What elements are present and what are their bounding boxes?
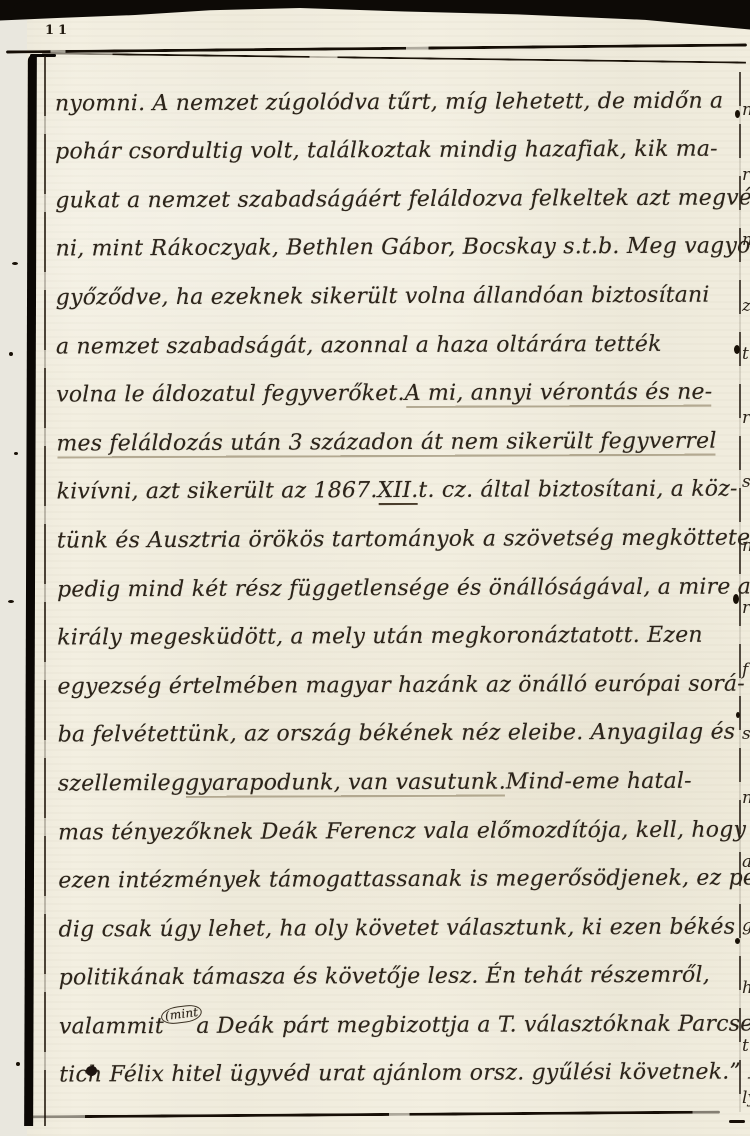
edge-fragment: n [742, 536, 750, 556]
manuscript-scan-page: 11 nyomni. A nemzet zúgolódva tűrt, míg … [0, 0, 750, 1136]
underlined-text: gyarapodunk, van vasutunk. [185, 769, 506, 795]
manuscript-line: egyezség értelmében magyar hazánk az öná… [57, 648, 741, 700]
manuscript-line: pohár csordultig volt, találkoztak mindi… [55, 113, 739, 165]
underlined-text: mes feláldozás után 3 századon át nem si… [56, 428, 716, 456]
edge-fragment: n [742, 788, 750, 808]
ink-mark [735, 938, 740, 944]
manuscript-line: pedig mind két rész függetlensége és öná… [57, 550, 741, 602]
ink-mark [735, 110, 740, 118]
edge-fragment: t [742, 344, 749, 364]
frame-left-inner-line [44, 56, 46, 1126]
edge-fragment: r [742, 165, 750, 185]
manuscript-line: gukat a nemzet szabadságáért feláldozva … [55, 162, 739, 214]
edge-fragment: r [742, 408, 750, 428]
edge-fragment: t [742, 1036, 749, 1056]
manuscript-line: ni, mint Rákoczyak, Bethlen Gábor, Bocsk… [55, 210, 739, 262]
edge-fragment: h [742, 978, 750, 998]
ink-mark [734, 345, 740, 354]
manuscript-line: dig csak úgy lehet, ha oly követet válas… [58, 891, 742, 943]
manuscript-line: a nemzet szabadságát, azonnal a haza olt… [56, 307, 740, 359]
top-rule-outer [6, 43, 747, 53]
edge-fragment: r [742, 598, 750, 618]
top-rule-inner [42, 52, 746, 63]
manuscript-line: ba felvétettünk, az ország békének néz e… [58, 696, 742, 748]
underlined-text: A mi, annyi vérontás és ne- [405, 380, 713, 406]
facing-page-fragments: nrmztrsnrfsnagyhtly [742, 0, 750, 1136]
manuscript-line: tich Félix hitel ügyvéd urat ajánlom ors… [59, 1036, 743, 1088]
edge-fragment: n [742, 100, 750, 120]
ink-mark [733, 594, 739, 604]
edge-fragment: gy [742, 916, 750, 936]
manuscript-line: győződve, ha ezeknek sikerült volna álla… [56, 259, 740, 311]
edge-fragment: s [742, 724, 750, 744]
manuscript-line: nyomni. A nemzet zúgolódva tűrt, míg leh… [55, 65, 739, 117]
ink-mark [736, 712, 740, 718]
manuscript-line: tünk és Ausztria örökös tartományok a sz… [57, 502, 741, 554]
page-number: 11 [45, 23, 71, 38]
edge-fragment: s [742, 472, 750, 492]
scan-black-edge [0, 0, 750, 32]
edge-fragment: f [742, 660, 748, 680]
frame-left-hook [30, 54, 56, 57]
ink-mark [14, 452, 18, 455]
ink-mark [9, 352, 13, 356]
edge-fragment: ly [742, 1088, 750, 1108]
edge-fragment: z [742, 296, 750, 316]
manuscript-line: király megesküdött, a mely után megkoron… [57, 599, 741, 651]
bottom-rule [30, 1111, 720, 1119]
ink-mark [16, 1062, 20, 1066]
ink-mark [8, 600, 14, 603]
ink-mark [12, 262, 18, 265]
edge-fragment: m [742, 230, 750, 250]
manuscript-line: szellemileg gyarapodunk, van vasutunk. M… [58, 745, 742, 797]
underlined-text: XII. [377, 478, 418, 503]
edge-fragment: a [742, 852, 750, 872]
spine-margin-strip [0, 0, 27, 1136]
manuscript-line: valammit(mint a Deák párt megbizottja a … [59, 988, 743, 1040]
manuscript-line: ezen intézmények támogattassanak is mege… [58, 842, 742, 894]
manuscript-line: volna le áldozatul fegyverőket. A mi, an… [56, 356, 740, 408]
manuscript-lines: nyomni. A nemzet zúgolódva tűrt, míg leh… [55, 65, 743, 1088]
manuscript-line: politikának támasza és követője lesz. Én… [59, 939, 743, 991]
manuscript-line: mas tényezőknek Deák Ferencz vala előmoz… [58, 793, 742, 845]
manuscript-line: kivívni, azt sikerült az 1867. XII. t. c… [56, 453, 740, 505]
inserted-word: (mint [160, 1003, 203, 1025]
manuscript-line: mes feláldozás után 3 századon át nem si… [56, 405, 740, 457]
